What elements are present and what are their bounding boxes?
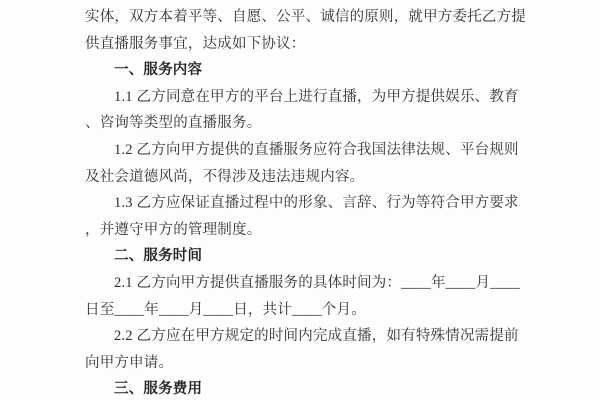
clause-1-1-line-1: 1.1 乙方同意在甲方的平台上进行直播，为甲方提供娱乐、教育 bbox=[85, 84, 517, 111]
heading-service-fee: 三、服务费用 bbox=[85, 376, 517, 400]
clause-1-3-line-2: ，并遵守甲方的管理制度。 bbox=[85, 217, 517, 244]
preamble-line-1: 实体，双方本着平等、自愿、公平、诚信的原则，就甲方委托乙方提 bbox=[85, 4, 517, 31]
clause-2-1-line-2: 日至____年____月____日，共计____个月。 bbox=[85, 297, 517, 324]
clause-2-2-line-2: 向甲方申请。 bbox=[85, 350, 517, 377]
clause-1-1-line-2: 、咨询等类型的直播服务。 bbox=[85, 110, 517, 137]
clause-1-2-line-1: 1.2 乙方向甲方提供的直播服务应符合我国法律法规、平台规则 bbox=[85, 137, 517, 164]
clause-2-1-line-1: 2.1 乙方向甲方提供直播服务的具体时间为：____年____月____ bbox=[85, 270, 517, 297]
clause-2-2-line-1: 2.2 乙方应在甲方规定的时间内完成直播，如有特殊情况需提前 bbox=[85, 323, 517, 350]
heading-service-time: 二、服务时间 bbox=[85, 243, 517, 270]
clause-1-3-line-1: 1.3 乙方应保证直播过程中的形象、言辞、行为等符合甲方要求 bbox=[85, 190, 517, 217]
contract-text: 实体，双方本着平等、自愿、公平、诚信的原则，就甲方委托乙方提 供直播服务事宜，达… bbox=[85, 4, 517, 400]
document-page: 实体，双方本着平等、自愿、公平、诚信的原则，就甲方委托乙方提 供直播服务事宜，达… bbox=[0, 0, 600, 400]
clause-1-2-line-2: 及社会道德风尚，不得涉及违法违规内容。 bbox=[85, 164, 517, 191]
preamble-line-2: 供直播服务事宜，达成如下协议： bbox=[85, 31, 517, 58]
heading-service-content: 一、服务内容 bbox=[85, 57, 517, 84]
